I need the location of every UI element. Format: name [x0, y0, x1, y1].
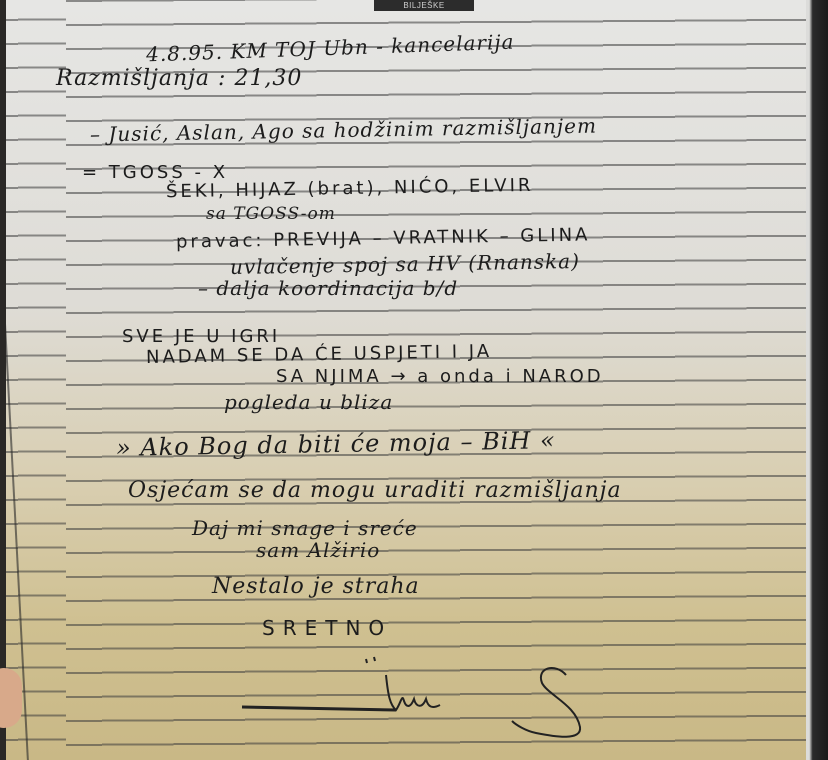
note-line: Nestalo je straha	[212, 574, 420, 599]
note-line: SVE JE U IGRI	[122, 326, 280, 347]
notebook-page: BILJEŠKE 4.8.95. KM TOJ Ubn - kancelarij…	[6, 0, 806, 760]
note-line: sa TGOSS-om	[206, 204, 336, 224]
note-line: sam Alžirio	[256, 538, 380, 562]
note-line: Osjećam se da mogu uraditi razmišljanja	[128, 478, 622, 503]
page-edge-shadow	[806, 0, 828, 760]
heading-line: Razmišljanja : 21,30	[56, 66, 302, 91]
note-line: – dalja koordinacija b/d	[198, 276, 458, 300]
note-line: Daj mi snage i sreće	[192, 516, 418, 540]
signature	[236, 655, 616, 750]
note-line: SA NJIMA → a onda i NAROD	[276, 366, 604, 387]
note-line: pogleda u bliza	[224, 390, 393, 414]
header-label: BILJEŠKE	[374, 0, 474, 11]
thumb	[0, 668, 22, 728]
closing-line: SRETNO	[262, 616, 392, 640]
